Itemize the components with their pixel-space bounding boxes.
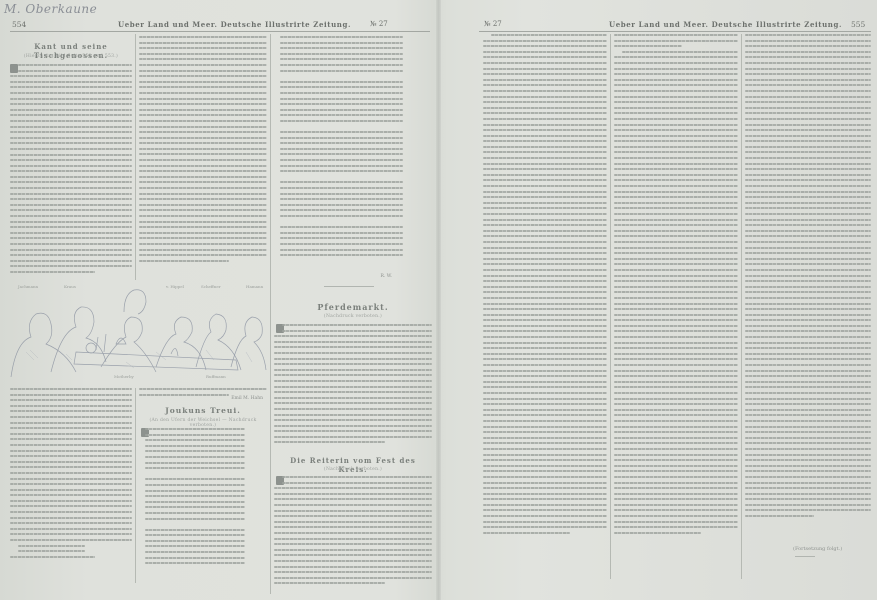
right-column-1 [483,34,607,594]
right-page: № 27 Ueber Land und Meer. Deutsche Illus… [439,0,877,600]
caption-label: Scheffner [201,284,221,289]
article-body-text [745,34,871,521]
column-1-top: Kant und seine Tischgenossen. (Hierzu da… [10,34,132,280]
end-separator [795,556,815,557]
right-column-3: (Fortsetzung folgt.) [745,34,871,594]
caption-label: Hamann [246,284,263,289]
column-rule [135,388,136,583]
caption-label: v. Hippel [166,284,184,289]
header-rule [479,31,871,32]
article-body-text [10,64,132,277]
article-body-text [483,34,607,537]
article-byline: (An den Ufern der Weichsel — Nachdruck v… [139,418,267,428]
kant-table-illustration: Jachmann Kraus v. Hippel Scheffner Haman… [6,282,268,382]
newspaper-spread: M. Oberkaune 554 Ueber Land und Meer. De… [0,0,877,600]
column-rule [610,34,611,579]
right-column-2 [614,34,738,594]
article-title: Pferdemarkt. [274,302,432,312]
column-2-bottom: Emil M. Hahn Joukuns Treui. (An den Ufer… [139,388,267,588]
issue-number: № 27 [484,20,502,28]
issue-number: № 27 [370,20,388,28]
article-body-text [274,324,432,447]
column-2-top [139,36,267,280]
article-body-text [10,388,132,561]
article-title: Joukuns Treui. [139,406,267,415]
column-3: R. W. Pferdemarkt. (Nachdruck verboten.)… [274,36,432,596]
poem-text [139,428,267,568]
caption-label: Jachmann [18,284,38,289]
running-head-title: Ueber Land und Meer. Deutsche Illustrirt… [609,20,842,29]
column-1-bottom [10,388,132,588]
poem-text [274,36,432,260]
page-number: 555 [851,20,865,29]
author-signature: R. W. [380,274,392,279]
column-rule [270,34,271,594]
article-byline: (Nachdruck verboten.) [274,467,432,472]
article-body-text [274,476,432,588]
section-separator [324,286,374,287]
article-byline: (Hierzu das Bild Seite 552 und 553.) [10,54,132,59]
running-head-title: Ueber Land und Meer. Deutsche Illustrirt… [118,20,351,29]
article-body-text [139,36,267,265]
caption-label: Kraus [64,284,76,289]
column-rule [135,34,136,280]
caption-label: Ruffmann [206,374,226,379]
article-byline: (Nachdruck verboten.) [274,314,432,319]
page-number: 554 [12,20,26,29]
running-header-left: 554 Ueber Land und Meer. Deutsche Illust… [0,18,438,30]
author-signature: Emil M. Hahn [231,396,263,401]
header-rule [10,31,430,32]
column-rule [741,34,742,579]
caption-label: Motherby [114,374,134,379]
illustration-sketch [6,282,268,382]
left-page: 554 Ueber Land und Meer. Deutsche Illust… [0,0,438,600]
running-header-right: № 27 Ueber Land und Meer. Deutsche Illus… [439,18,877,30]
article-body-text [614,34,738,537]
continuation-note: (Fortsetzung folgt.) [793,546,842,552]
